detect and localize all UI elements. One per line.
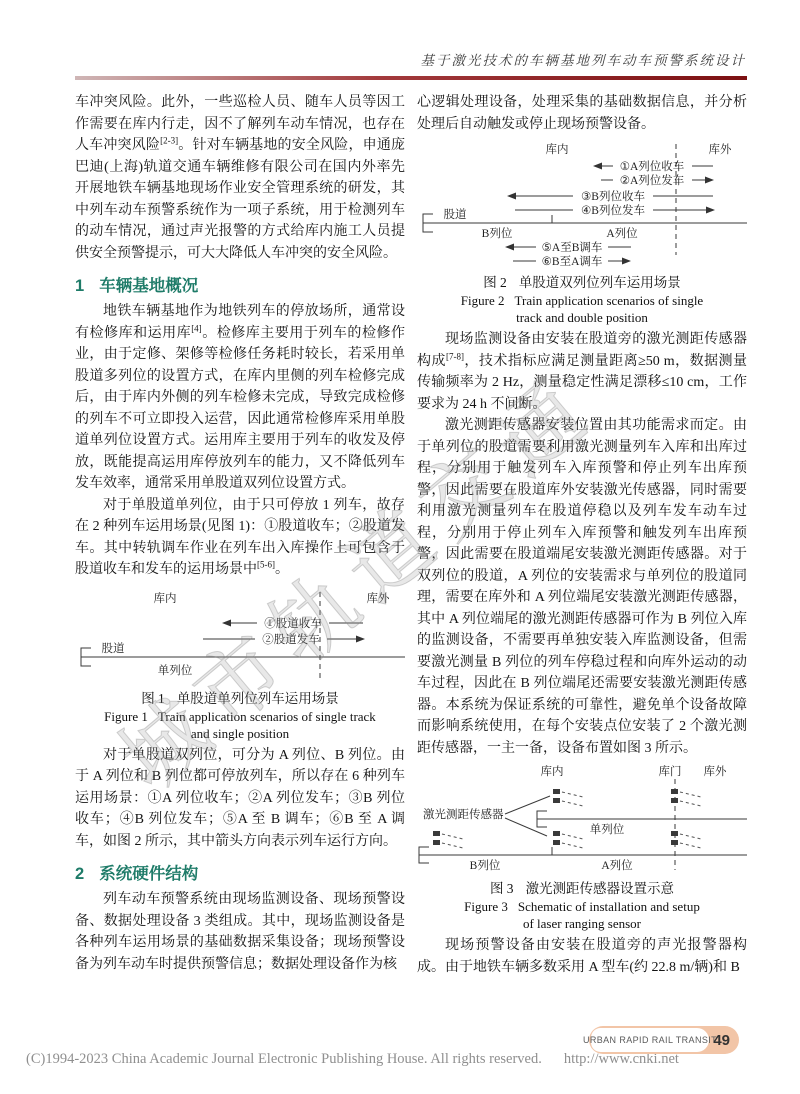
label-depot-outside: 库外 (709, 142, 732, 156)
label-track: 股道 (444, 208, 467, 221)
figure-1-diagram: 库内 库外 ①股道收车 ②股道发车 股道 单列位 (75, 586, 405, 686)
arrow-right-icon (356, 635, 365, 642)
paragraph: 激光测距传感器安装位置由其功能需求而定。由于单列位的股道需要利用激光测量列车入库… (417, 415, 747, 759)
page-number: 49 (713, 1026, 730, 1054)
label-depot-inside: 库内 (546, 142, 569, 156)
paragraph: 现场预警设备由安装在股道旁的声光报警器构成。由于地铁车辆多数采用 A 型车(约 … (417, 935, 747, 978)
label-single-position: 单列位 (158, 663, 193, 677)
section-heading-1: 1车辆基地概况 (75, 272, 405, 296)
arrow-right-icon (705, 177, 714, 184)
arrow-left-icon (222, 619, 231, 626)
label-depot-inside: 库内 (541, 764, 564, 778)
section-number: 1 (75, 277, 84, 295)
figure-1-caption-en2: and single position (75, 725, 405, 742)
figure-3: 库内 库门 库外 激光测距传感器 单列位 B列位 A列位 (417, 764, 747, 932)
copyright-text: (C)1994-2023 China Academic Journal Elec… (26, 1051, 542, 1067)
figure-2-caption-en2: track and double position (417, 309, 747, 326)
running-title: 基于激光技术的车辆基地列车动车预警系统设计 (421, 49, 747, 69)
label-a-out: ②A列位发车 (620, 173, 685, 187)
figure-3-diagram: 库内 库门 库外 激光测距传感器 单列位 B列位 A列位 (417, 764, 747, 876)
paragraph: 车冲突风险。此外，一些巡检人员、随车人员等因工作需要在库内行走，因不了解列车动车… (75, 92, 405, 264)
label-depot-door: 库门 (659, 764, 682, 778)
label-a-in: ①A列位收车 (620, 159, 685, 173)
header-rule (75, 76, 747, 80)
arrow-left-icon (505, 244, 514, 251)
label-position-a: A列位 (606, 226, 638, 240)
section-number: 2 (75, 865, 84, 883)
figure-2-caption-zh: 图 2单股道双列位列车运用场景 (417, 273, 747, 292)
paragraph: 地铁车辆基地作为地铁列车的停放场所，通常设有检修库和运用库[4]。检修库主要用于… (75, 301, 405, 495)
right-column: 心逻辑处理设备，处理采集的基础数据信息，并分析处理后自动触发或停止现场预警设备。… (417, 92, 747, 978)
label-b-in: ③B列位收车 (581, 189, 645, 203)
figure-2-diagram: 库内 库外 ①A列位收车 ②A列位发车 ③B列位收车 (417, 140, 747, 270)
label-position-b: B列位 (470, 858, 501, 872)
sensor-pair (433, 831, 463, 848)
paragraph: 现场监测设备由安装在股道旁的激光测距传感器构成[7-8]，技术指标应满足测量距离… (417, 329, 747, 415)
label-depot-inside: 库内 (154, 591, 177, 605)
label-b-to-a: ⑥B至A调车 (542, 255, 603, 268)
paragraph: 心逻辑处理设备，处理采集的基础数据信息，并分析处理后自动触发或停止现场预警设备。 (417, 92, 747, 135)
left-column: 车冲突风险。此外，一些巡检人员、随车人员等因工作需要在库内行走，因不了解列车动车… (75, 92, 405, 975)
label-depot-outside: 库外 (704, 764, 727, 778)
label-arrow-in: ①股道收车 (264, 616, 322, 630)
paragraph: 列车动车预警系统由现场监测设备、现场预警设备、数据处理设备 3 类组成。其中，现… (75, 889, 405, 975)
figure-1-caption-en: Figure 1Train application scenarios of s… (75, 708, 405, 725)
label-a-to-b: ⑤A至B调车 (542, 241, 603, 254)
sensor-pair (553, 831, 583, 848)
section-title: 系统硬件结构 (99, 865, 198, 883)
arrow-right-icon (622, 258, 631, 265)
figure-3-caption-zh: 图 3激光测距传感器设置示意 (417, 879, 747, 898)
arrow-left-icon (593, 163, 602, 170)
label-depot-outside: 库外 (367, 591, 390, 605)
label-single-position: 单列位 (590, 822, 625, 836)
paragraph: 对于单股道单列位，由于只可停放 1 列车，故存在 2 种列车运用场景(见图 1)… (75, 495, 405, 581)
section-title: 车辆基地概况 (99, 277, 198, 295)
figure-2-caption-en: Figure 2Train application scenarios of s… (417, 292, 747, 309)
label-laser-sensor: 激光测距传感器 (423, 807, 504, 821)
figure-3-caption-en: Figure 3Schematic of installation and se… (417, 898, 747, 915)
copyright-line: (C)1994-2023 China Academic Journal Elec… (26, 1051, 679, 1068)
sensor-pair (553, 789, 583, 806)
label-track: 股道 (102, 642, 125, 655)
label-position-b: B列位 (482, 226, 513, 240)
section-heading-2: 2系统硬件结构 (75, 860, 405, 884)
figure-1-caption-zh: 图 1单股道单列位列车运用场景 (75, 689, 405, 708)
arrow-right-icon (706, 207, 715, 214)
label-b-out: ④B列位发车 (581, 203, 645, 217)
journal-page: 基于激光技术的车辆基地列车动车预警系统设计 城市轨道交通 车冲突风险。此外，一些… (0, 0, 800, 1094)
figure-3-caption-en2: of laser ranging sensor (417, 915, 747, 932)
label-arrow-out: ②股道发车 (262, 632, 320, 646)
figure-2: 库内 库外 ①A列位收车 ②A列位发车 ③B列位收车 (417, 140, 747, 326)
paragraph: 对于单股道双列位，可分为 A 列位、B 列位。由于 A 列位和 B 列位都可停放… (75, 745, 405, 853)
figure-1: 库内 库外 ①股道收车 ②股道发车 股道 单列位 图 1单股 (75, 586, 405, 742)
journal-name-en: URBAN RAPID RAIL TRANSIT (591, 1028, 709, 1052)
label-position-a: A列位 (601, 858, 633, 872)
journal-page-badge: URBAN RAPID RAIL TRANSIT 49 (589, 1026, 739, 1054)
arrow-left-icon (507, 193, 516, 200)
